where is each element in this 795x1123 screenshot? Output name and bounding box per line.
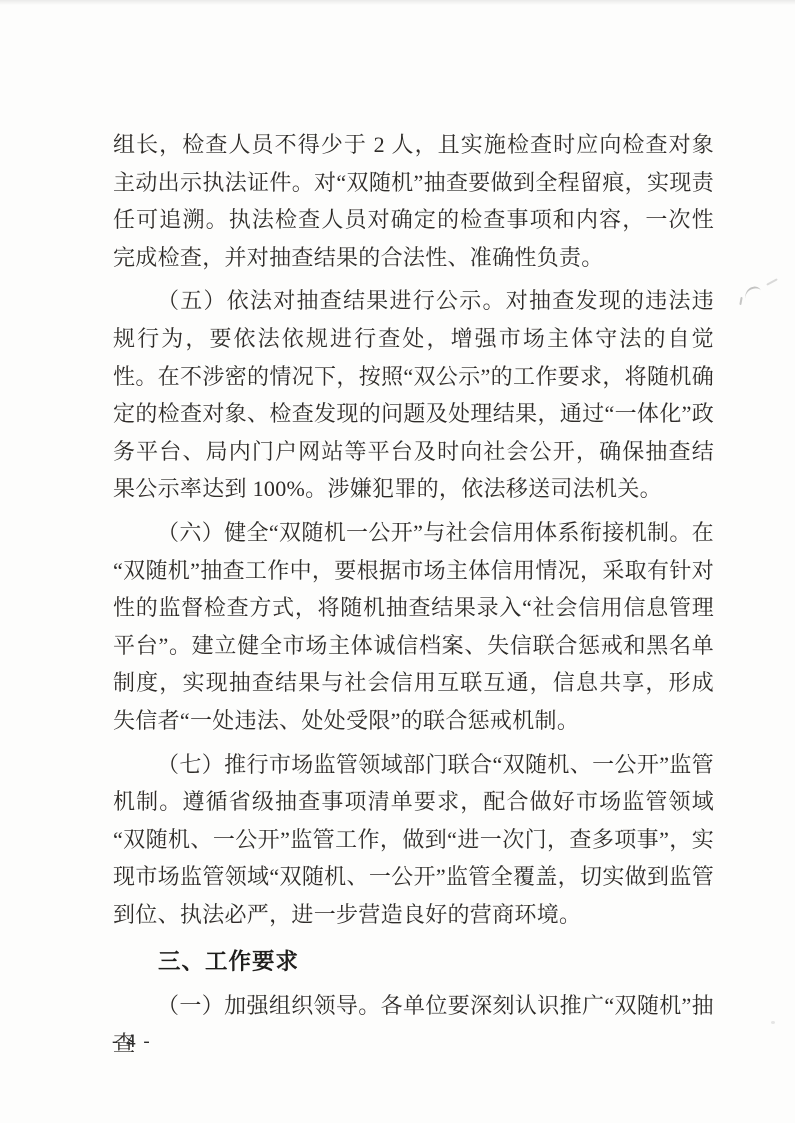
body-paragraph-item-1: （一）加强组织领导。各单位要深刻认识推广“双随机”抽查 <box>113 987 714 1062</box>
body-paragraph-item-7: （七）推行市场监管领域部门联合“双随机、一公开”监管机制。遵循省级抽查事项清单要… <box>113 746 714 934</box>
body-paragraph-item-6: （六）健全“双随机一公开”与社会信用体系衔接机制。在“双随机”抽查工作中，要根据… <box>113 514 714 740</box>
scan-artifact-slash <box>766 278 778 285</box>
body-paragraph-continuation: 组长，检查人员不得少于 2 人，且实施检查时应向检查对象主动出示执法证件。对“双… <box>113 126 714 276</box>
scan-artifact-tick <box>739 297 742 305</box>
page-number: - 4 - <box>112 1031 151 1053</box>
section-heading-work-requirements: 三、工作要求 <box>113 943 714 981</box>
scan-artifact-curl <box>743 285 762 300</box>
document-body: 组长，检查人员不得少于 2 人，且实施检查时应向检查对象主动出示执法证件。对“双… <box>113 126 714 1068</box>
scan-artifact-speck <box>771 1021 775 1024</box>
body-paragraph-item-5: （五）依法对抽查结果进行公示。对抽查发现的违法违规行为，要依法依规进行查处，增强… <box>113 282 714 508</box>
scan-noise-top-edge <box>0 0 795 5</box>
document-page: 组长，检查人员不得少于 2 人，且实施检查时应向检查对象主动出示执法证件。对“双… <box>0 0 795 1123</box>
